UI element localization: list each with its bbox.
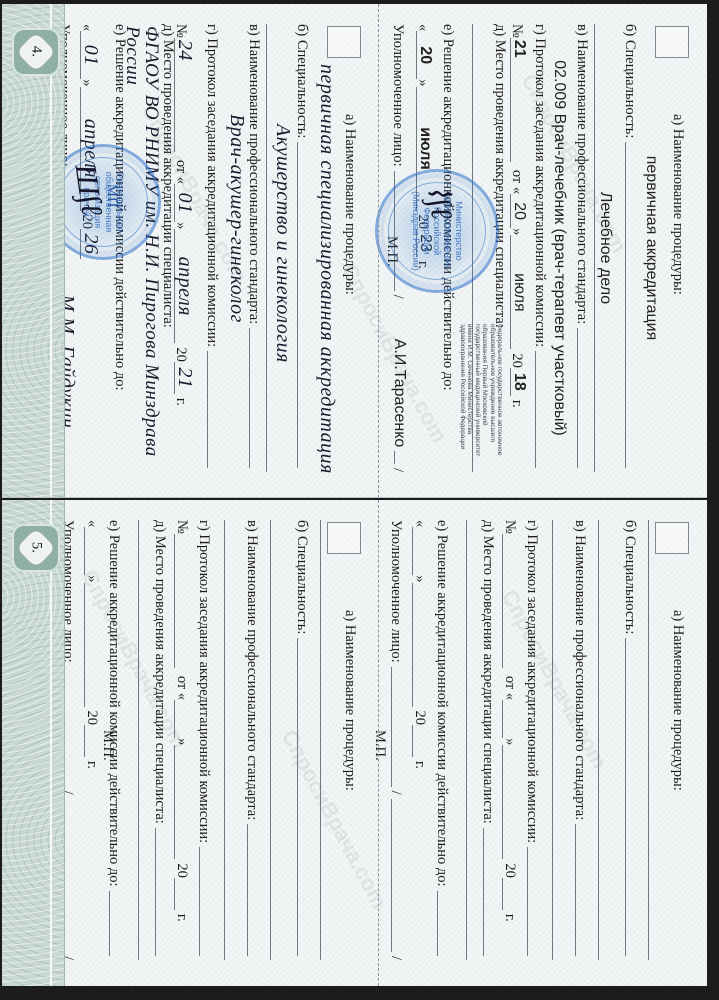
- page-number-badge: 4.: [12, 28, 60, 76]
- valid-day: [413, 527, 414, 575]
- guilloche-border: [2, 4, 65, 498]
- protocol-day: 20: [510, 194, 527, 228]
- valid-month: [85, 583, 86, 707]
- page-number: 5.: [28, 542, 45, 553]
- valid-day: 20: [416, 31, 433, 79]
- protocol-day: 01: [174, 184, 195, 222]
- protocol-month: [175, 745, 176, 859]
- authorized-name: А.И.Тарасенко: [391, 339, 407, 448]
- page-4: СпросиВрача.com СпросиВрача.com СпросиВр…: [2, 4, 707, 498]
- protocol-label: г) Протокол заседания аккредитационной к…: [533, 24, 548, 347]
- prof-standard-value: 02.009 Врач-лечебник (врач-терапевт учас…: [551, 24, 567, 472]
- page-5: СпросиВрача.com СпросиВрача.com СпросиВр…: [2, 500, 707, 986]
- page-number: 4.: [28, 46, 45, 57]
- protocol-number: [503, 534, 504, 668]
- procedure-value: первичная аккредитация: [643, 24, 659, 472]
- specialty-value: Лечебное дело: [597, 24, 613, 472]
- protocol-number: [175, 534, 176, 668]
- specialty-value: Акушерство и гинекология: [273, 124, 293, 363]
- protocol-year: 18: [510, 368, 527, 396]
- accreditation-block-3: а) Наименование процедуры: б) Специально…: [381, 500, 699, 986]
- protocol-month: июля: [510, 235, 527, 349]
- protocol-number: 24: [174, 38, 195, 152]
- protocol-day: [175, 700, 176, 738]
- place-value: ФГАОУ ВО РНИМУ им. Н.И. Пирогова Минздра…: [123, 26, 161, 498]
- block-divider: [378, 500, 379, 986]
- prof-standard-label: в) Наименование профессионального станда…: [575, 24, 590, 324]
- block-divider: [378, 4, 379, 498]
- protocol-day: [503, 700, 504, 738]
- valid-year: [413, 725, 414, 757]
- authorized-label: Уполномоченное лицо:: [391, 24, 406, 167]
- valid-year: [85, 725, 86, 757]
- protocol-month: [503, 745, 504, 859]
- valid-day: 01: [80, 31, 101, 79]
- mp-mark: М.П.: [101, 730, 116, 761]
- page-number-badge: 5.: [12, 524, 60, 572]
- specialty-label: б) Специальность:: [623, 24, 638, 138]
- valid-day: [85, 527, 86, 575]
- mp-mark: М.П.: [373, 730, 388, 761]
- protocol-number: 21: [510, 38, 527, 162]
- accreditation-block-4: а) Наименование процедуры: б) Специально…: [53, 500, 371, 986]
- procedure-value: первичная специализированная аккредитаци…: [317, 64, 337, 474]
- prof-standard-value: Врач-акушер-гинеколог: [227, 114, 247, 323]
- signature: ⌇∫ℓ: [422, 182, 457, 221]
- protocol-year: 21: [174, 362, 195, 394]
- protocol-year: [503, 878, 504, 910]
- document-spread: СпросиВрача.com СпросиВрача.com СпросиВр…: [0, 0, 719, 1000]
- valid-month: [413, 583, 414, 707]
- signature: Ш∫ℓ: [70, 162, 107, 218]
- accreditation-block-1: а) Наименование процедуры: первичная акк…: [381, 4, 699, 498]
- procedure-label: а) Наименование процедуры:: [671, 114, 686, 295]
- guilloche-border: [2, 500, 65, 986]
- protocol-year: [175, 878, 176, 910]
- protocol-month: апреля: [174, 229, 195, 343]
- accreditation-block-2: а) Наименование процедуры: первичная спе…: [53, 4, 371, 498]
